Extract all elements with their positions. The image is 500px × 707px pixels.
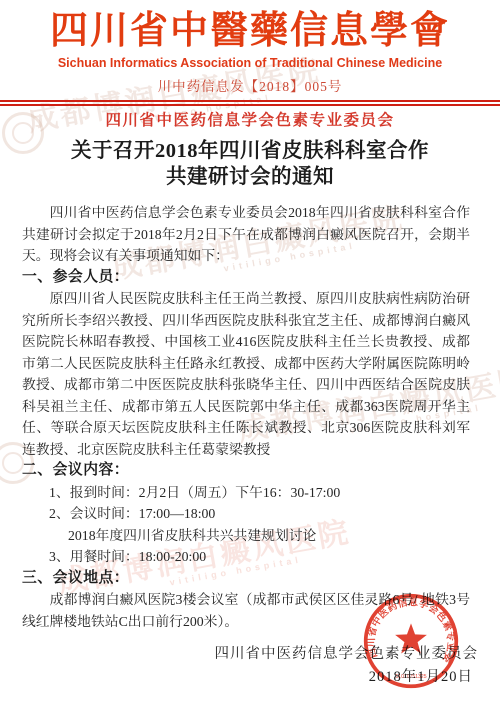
participants-paragraph: 原四川省人民医院皮肤科主任王尚兰教授、原四川皮肤病性病防治研究所所长李绍兴教授、… (22, 288, 470, 460)
agenda-item-dinner: 3、用餐时间：18:00-20:00 (22, 546, 470, 568)
letterhead: 四川省中醫藥信息學會 Sichuan Informatics Associati… (0, 0, 500, 129)
intro-paragraph: 四川省中医药信息学会色素专业委员会2018年四川省皮肤科科室合作共建研讨会拟定于… (22, 202, 470, 267)
red-double-rule (0, 100, 500, 106)
section-heading-participants: 一、参会人员： (22, 267, 470, 289)
seal-code: 51010751325 (395, 674, 426, 680)
star-icon (395, 623, 427, 653)
agenda-item-checkin: 1、报到时间：2月2日（周五）下午16：30-17:00 (22, 482, 470, 504)
org-name-calligraphy: 四川省中醫藥信息學會 (0, 8, 500, 54)
section-heading-agenda: 二、会议内容： (22, 460, 470, 482)
notice-body: 四川省中医药信息学会色素专业委员会2018年四川省皮肤科科室合作共建研讨会拟定于… (22, 202, 470, 632)
notice-title-line2: 共建研讨会的通知 (0, 164, 500, 190)
hospital-logo-inner-ring (2, 452, 24, 474)
official-seal: 四川省中医药信息学会色素专业委员会 51010751325 (362, 592, 460, 690)
document-number: 川中药信息发【2018】005号 (0, 79, 500, 94)
notice-document-page: 成都博润白癜风医院 vitiligo hospital 成都博润白癜风医院 vi… (0, 0, 500, 707)
agenda-item-meeting: 2、会议时间：17:00—18:00 (22, 503, 470, 525)
notice-title-line1: 关于召开2018年四川省皮肤科科室合作 (0, 138, 500, 164)
committee-banner: 四川省中医药信息学会色素专业委员会 (0, 112, 500, 129)
section-heading-venue: 三、会议地点： (22, 568, 470, 590)
agenda-item-topic: 2018年度四川省皮肤科共兴共建规划讨论 (22, 525, 470, 547)
org-name-english: Sichuan Informatics Association of Tradi… (0, 56, 500, 70)
notice-title: 关于召开2018年四川省皮肤科科室合作 共建研讨会的通知 (0, 138, 500, 190)
